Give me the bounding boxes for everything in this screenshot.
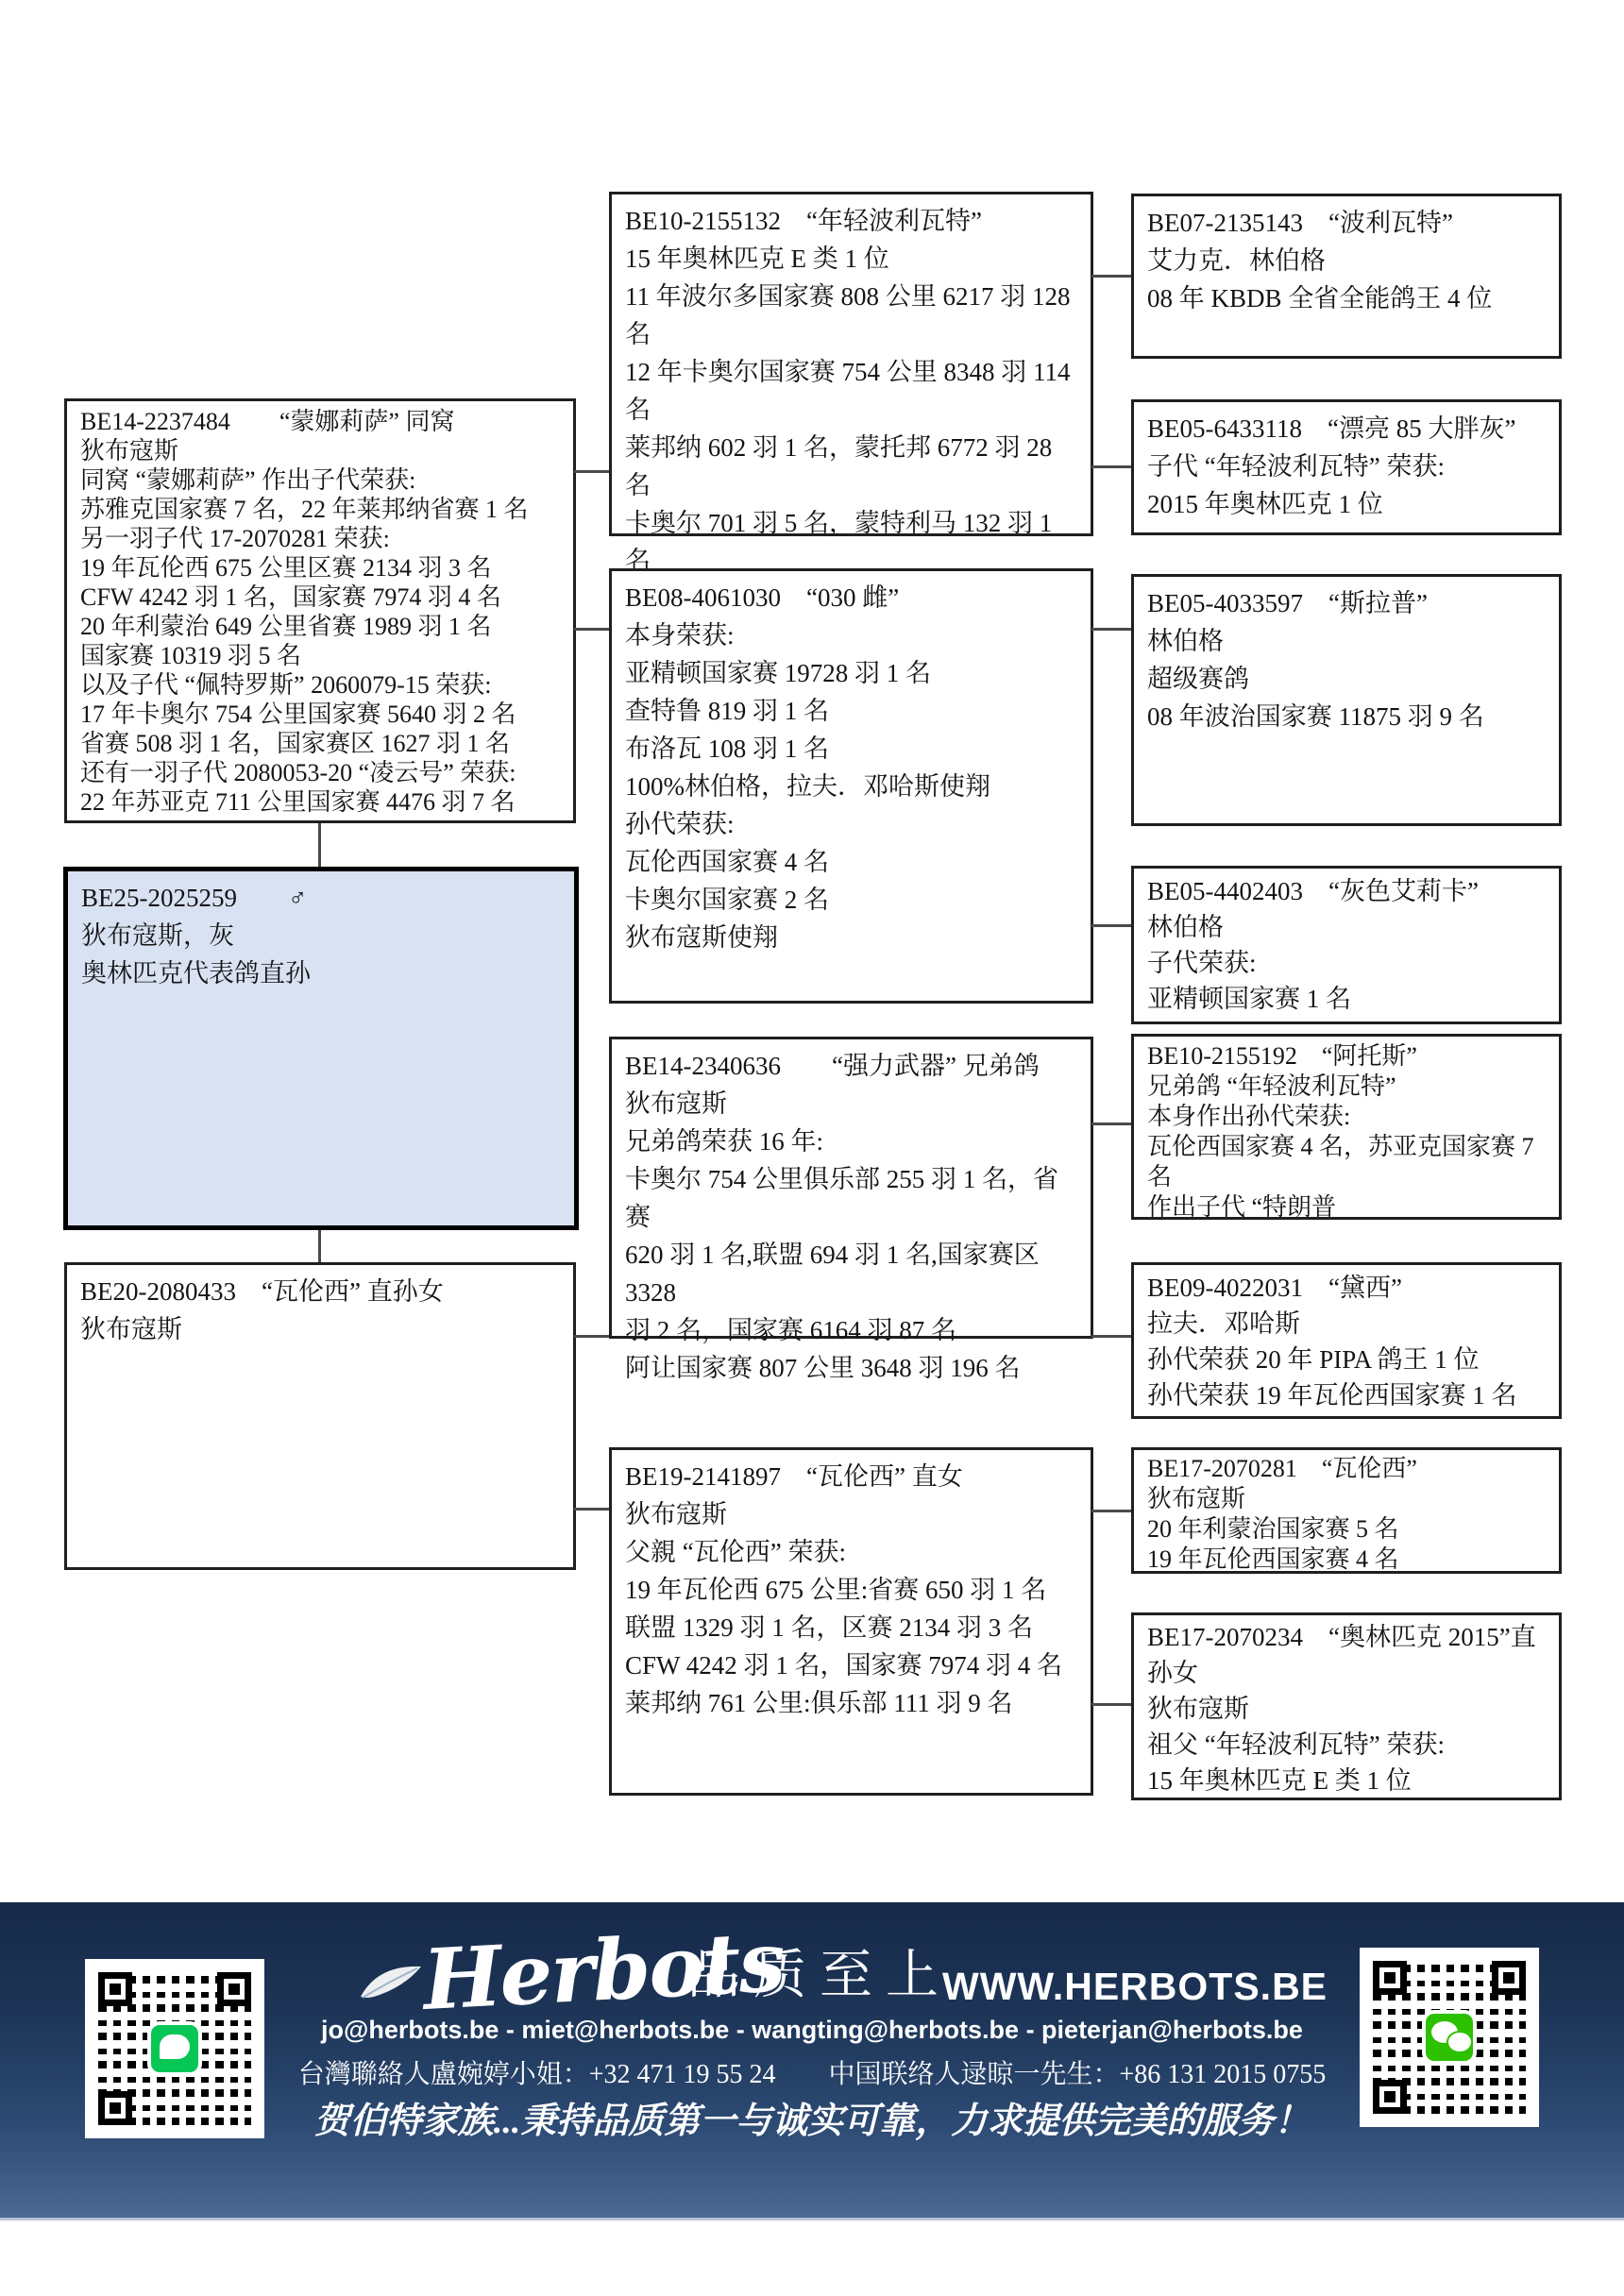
connector-line bbox=[1091, 1703, 1131, 1706]
connector-line bbox=[574, 470, 609, 473]
qr-finder bbox=[1373, 1961, 1407, 1995]
dam-sire-text: BE14-2340636 “强力武器” 兄弟鸽 狄布寇斯 兄弟鸽荣获 16 年:… bbox=[612, 1039, 1091, 1394]
sire-dam-text: BE08-4061030 “030 雌” 本身荣获: 亚精顿国家赛 19728 … bbox=[612, 571, 1091, 964]
wechat-qr-code bbox=[1360, 1948, 1539, 2127]
qr-finder bbox=[1373, 2080, 1407, 2114]
pedigree-box-grandparent-4: BE05-4402403 “灰色艾莉卡” 林伯格 子代荣获: 亚精顿国家赛 1 … bbox=[1131, 866, 1562, 1024]
sire-sire-text: BE10-2155132 “年轻波利瓦特” 15 年奥林匹克 E 类 1 位 1… bbox=[612, 194, 1091, 625]
pedigree-box-grandparent-6: BE09-4022031 “黛西” 拉夫．邓哈斯 孙代荣获 20 年 PIPA … bbox=[1131, 1262, 1562, 1419]
connector-line bbox=[1091, 1123, 1131, 1125]
pedigree-box-grandparent-8: BE17-2070234 “奥林匹克 2015”直 孙女 狄布寇斯 祖父 “年轻… bbox=[1131, 1612, 1562, 1800]
connector-line bbox=[1091, 924, 1131, 927]
grandparent-2-text: BE05-6433118 “漂亮 85 大胖灰” 子代 “年轻波利瓦特” 荣获:… bbox=[1134, 402, 1559, 531]
grandparent-6-text: BE09-4022031 “黛西” 拉夫．邓哈斯 孙代荣获 20 年 PIPA … bbox=[1134, 1265, 1559, 1421]
pedigree-box-grandparent-3: BE05-4033597 “斯拉普” 林伯格 超级赛鸽 08 年波治国家赛 11… bbox=[1131, 574, 1562, 826]
footer-emails: jo@herbots.be - miet@herbots.be - wangti… bbox=[274, 2016, 1350, 2045]
pedigree-box-dam-sire: BE14-2340636 “强力武器” 兄弟鸽 狄布寇斯 兄弟鸽荣获 16 年:… bbox=[609, 1037, 1093, 1339]
pedigree-box-grandparent-2: BE05-6433118 “漂亮 85 大胖灰” 子代 “年轻波利瓦特” 荣获:… bbox=[1131, 399, 1562, 535]
grandparent-8-text: BE17-2070234 “奥林匹克 2015”直 孙女 狄布寇斯 祖父 “年轻… bbox=[1134, 1615, 1559, 1806]
pedigree-box-sire-sire: BE10-2155132 “年轻波利瓦特” 15 年奥林匹克 E 类 1 位 1… bbox=[609, 192, 1093, 536]
feather-icon bbox=[357, 1959, 425, 2008]
footer-contacts: 台灣聯絡人盧婉婷小姐：+32 471 19 55 24 中国联络人逯晾一先生：+… bbox=[274, 2053, 1350, 2091]
pedigree-page: BE14-2237484 “蒙娜莉萨” 同窝 狄布寇斯 同窝 “蒙娜莉萨” 作出… bbox=[0, 0, 1624, 2296]
line-icon bbox=[147, 2021, 202, 2076]
connector-line bbox=[1091, 465, 1131, 468]
pedigree-box-sire: BE14-2237484 “蒙娜莉萨” 同窝 狄布寇斯 同窝 “蒙娜莉萨” 作出… bbox=[64, 398, 576, 823]
connector-line bbox=[318, 823, 321, 867]
pedigree-box-dam-dam: BE19-2141897 “瓦伦西” 直女 狄布寇斯 父親 “瓦伦西” 荣获: … bbox=[609, 1447, 1093, 1796]
grandparent-3-text: BE05-4033597 “斯拉普” 林伯格 超级赛鸽 08 年波治国家赛 11… bbox=[1134, 577, 1559, 743]
grandparent-7-text: BE17-2070281 “瓦伦西” 狄布寇斯 20 年利蒙治国家赛 5 名 1… bbox=[1134, 1450, 1559, 1582]
pedigree-box-dam: BE20-2080433 “瓦伦西” 直孙女 狄布寇斯 bbox=[64, 1262, 576, 1570]
qr-finder bbox=[98, 2091, 132, 2125]
pedigree-box-grandparent-7: BE17-2070281 “瓦伦西” 狄布寇斯 20 年利蒙治国家赛 5 名 1… bbox=[1131, 1447, 1562, 1574]
qr-finder bbox=[217, 1972, 251, 2006]
pedigree-box-grandparent-5: BE10-2155192 “阿托斯” 兄弟鸽 “年轻波利瓦特” 本身作出孙代荣获… bbox=[1131, 1034, 1562, 1220]
connector-line bbox=[1091, 1510, 1131, 1512]
dam-text: BE20-2080433 “瓦伦西” 直孙女 狄布寇斯 bbox=[67, 1265, 573, 1356]
pedigree-box-subject: BE25-2025259 ♂ 狄布寇斯，灰 奥林匹克代表鸽直孙 bbox=[63, 867, 579, 1230]
pedigree-box-sire-dam: BE08-4061030 “030 雌” 本身荣获: 亚精顿国家赛 19728 … bbox=[609, 568, 1093, 1004]
connector-line bbox=[1091, 628, 1131, 631]
pedigree-box-grandparent-1: BE07-2135143 “波利瓦特” 艾力克．林伯格 08 年 KBDB 全省… bbox=[1131, 194, 1562, 359]
qr-finder bbox=[98, 1972, 132, 2006]
connector-line bbox=[1091, 275, 1131, 278]
connector-line bbox=[574, 1508, 609, 1511]
footer-banner: Herbots 品质至上 WWW.HERBOTS.BE jo@herbots.b… bbox=[0, 1902, 1624, 2220]
qr-finder bbox=[1492, 1961, 1526, 1995]
connector-line bbox=[1091, 1335, 1131, 1338]
footer-tagline: 品质至上 bbox=[687, 1948, 952, 2004]
connector-line bbox=[574, 1335, 609, 1338]
subject-text: BE25-2025259 ♂ 狄布寇斯，灰 奥林匹克代表鸽直孙 bbox=[68, 871, 574, 1000]
grandparent-4-text: BE05-4402403 “灰色艾莉卡” 林伯格 子代荣获: 亚精顿国家赛 1 … bbox=[1134, 869, 1559, 1024]
grandparent-5-text: BE10-2155192 “阿托斯” 兄弟鸽 “年轻波利瓦特” 本身作出孙代荣获… bbox=[1134, 1037, 1559, 1230]
connector-line bbox=[574, 628, 609, 631]
connector-line bbox=[318, 1230, 321, 1262]
sire-text: BE14-2237484 “蒙娜莉萨” 同窝 狄布寇斯 同窝 “蒙娜莉萨” 作出… bbox=[67, 401, 573, 824]
footer-slogan: 贺伯特家族...秉持品质第一与诚实可靠，力求提供完美的服务！ bbox=[161, 2091, 1463, 2143]
website-url: WWW.HERBOTS.BE bbox=[942, 1965, 1328, 2009]
dam-dam-text: BE19-2141897 “瓦伦西” 直女 狄布寇斯 父親 “瓦伦西” 荣获: … bbox=[612, 1450, 1091, 1730]
wechat-icon bbox=[1422, 2010, 1477, 2065]
grandparent-1-text: BE07-2135143 “波利瓦特” 艾力克．林伯格 08 年 KBDB 全省… bbox=[1134, 196, 1559, 325]
